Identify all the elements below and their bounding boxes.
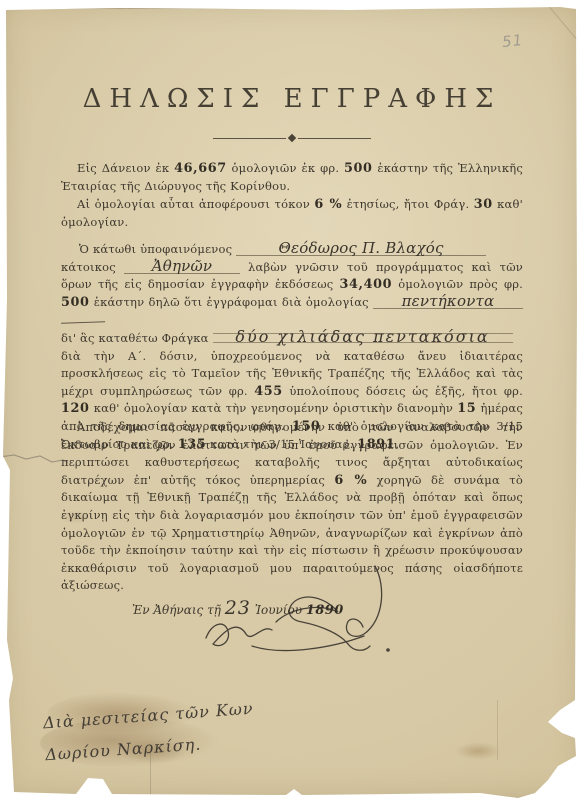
declaration-text: δι' ἃς καταθέτω Φράγκα <box>61 331 213 345</box>
paragraph-interest: Αἱ ὁμολογίαι αὗται ἀποφέρουσι τόκον 6 % … <box>61 196 523 231</box>
subscriber-name-field: Θεόδωρος Π. Βλαχός <box>236 241 486 256</box>
declaration-text: ἑκάστην δηλῶ ὅτι ἐγγράφομαι διὰ ὁμολογία… <box>90 295 373 309</box>
declaration-text: καθ' ὁμολογίαν κατὰ τὴν γενησομένην ὁρισ… <box>90 401 458 415</box>
remaining-installments-total: 455 <box>254 384 283 399</box>
deposit-amount-field: δύο χιλιάδας πεντακόσια <box>213 329 513 347</box>
divider-diamond-icon <box>288 134 296 142</box>
interest-per-bond: 30 <box>474 197 493 212</box>
ink-flourish-mark <box>61 316 105 325</box>
scan-background: { "page": { "archival_number": "51" }, "… <box>0 0 584 800</box>
interest-text: ἐτησίως, ἤτοι Φράγ. <box>342 197 473 211</box>
title-divider-ornament <box>213 135 371 141</box>
interest-rate: 6 % <box>314 197 342 212</box>
divider-line <box>298 138 371 139</box>
days-after-subscription: 15 <box>457 401 476 416</box>
declaration-text: κάτοικος <box>61 260 124 274</box>
issue-bond-count: 34,400 <box>340 277 393 292</box>
paragraph-loan-intro: Εἰς Δάνειον ἐκ 46,667 ὁμολογιῶν ἐκ φρ. 5… <box>61 160 523 195</box>
subscribed-bonds-field: πεντήκοντα <box>373 294 523 309</box>
default-interest-rate: 6 % <box>334 473 367 488</box>
document-title: ΔΗΛΩΣΙΣ ΕΓΓΡΑΦΗΣ <box>0 84 584 114</box>
interest-text: Αἱ ὁμολογίαι αὗται ἀποφέρουσι τόκον <box>77 197 314 211</box>
declaration-text: Ὁ κάτωθι ὑποφαινόμενος <box>79 242 236 256</box>
bond-price: 500 <box>61 295 90 310</box>
residence-field: Ἀθηνῶν <box>124 259 240 274</box>
installment-1-amount: 120 <box>61 401 90 416</box>
bond-face-value: 500 <box>344 161 373 176</box>
declaration-text: ὑπολοίπους δόσεις ὡς ἑξῆς, ἤτοι φρ. <box>283 384 523 398</box>
pencil-archival-number: 51 <box>501 31 524 51</box>
divider-line <box>213 138 286 139</box>
declaration-text: ὁμολογιῶν πρὸς φρ. <box>392 277 523 291</box>
loan-bond-count: 46,667 <box>174 161 227 176</box>
document-paper-sheet: 51 ΔΗΛΩΣΙΣ ΕΓΓΡΑΦΗΣ Εἰς Δάνειον ἐκ 46,66… <box>0 0 584 800</box>
intro-text: Εἰς Δάνειον ἐκ <box>77 161 174 175</box>
subscriber-signature <box>192 560 422 675</box>
intro-text: ὁμολογιῶν ἐκ φρ. <box>227 161 344 175</box>
